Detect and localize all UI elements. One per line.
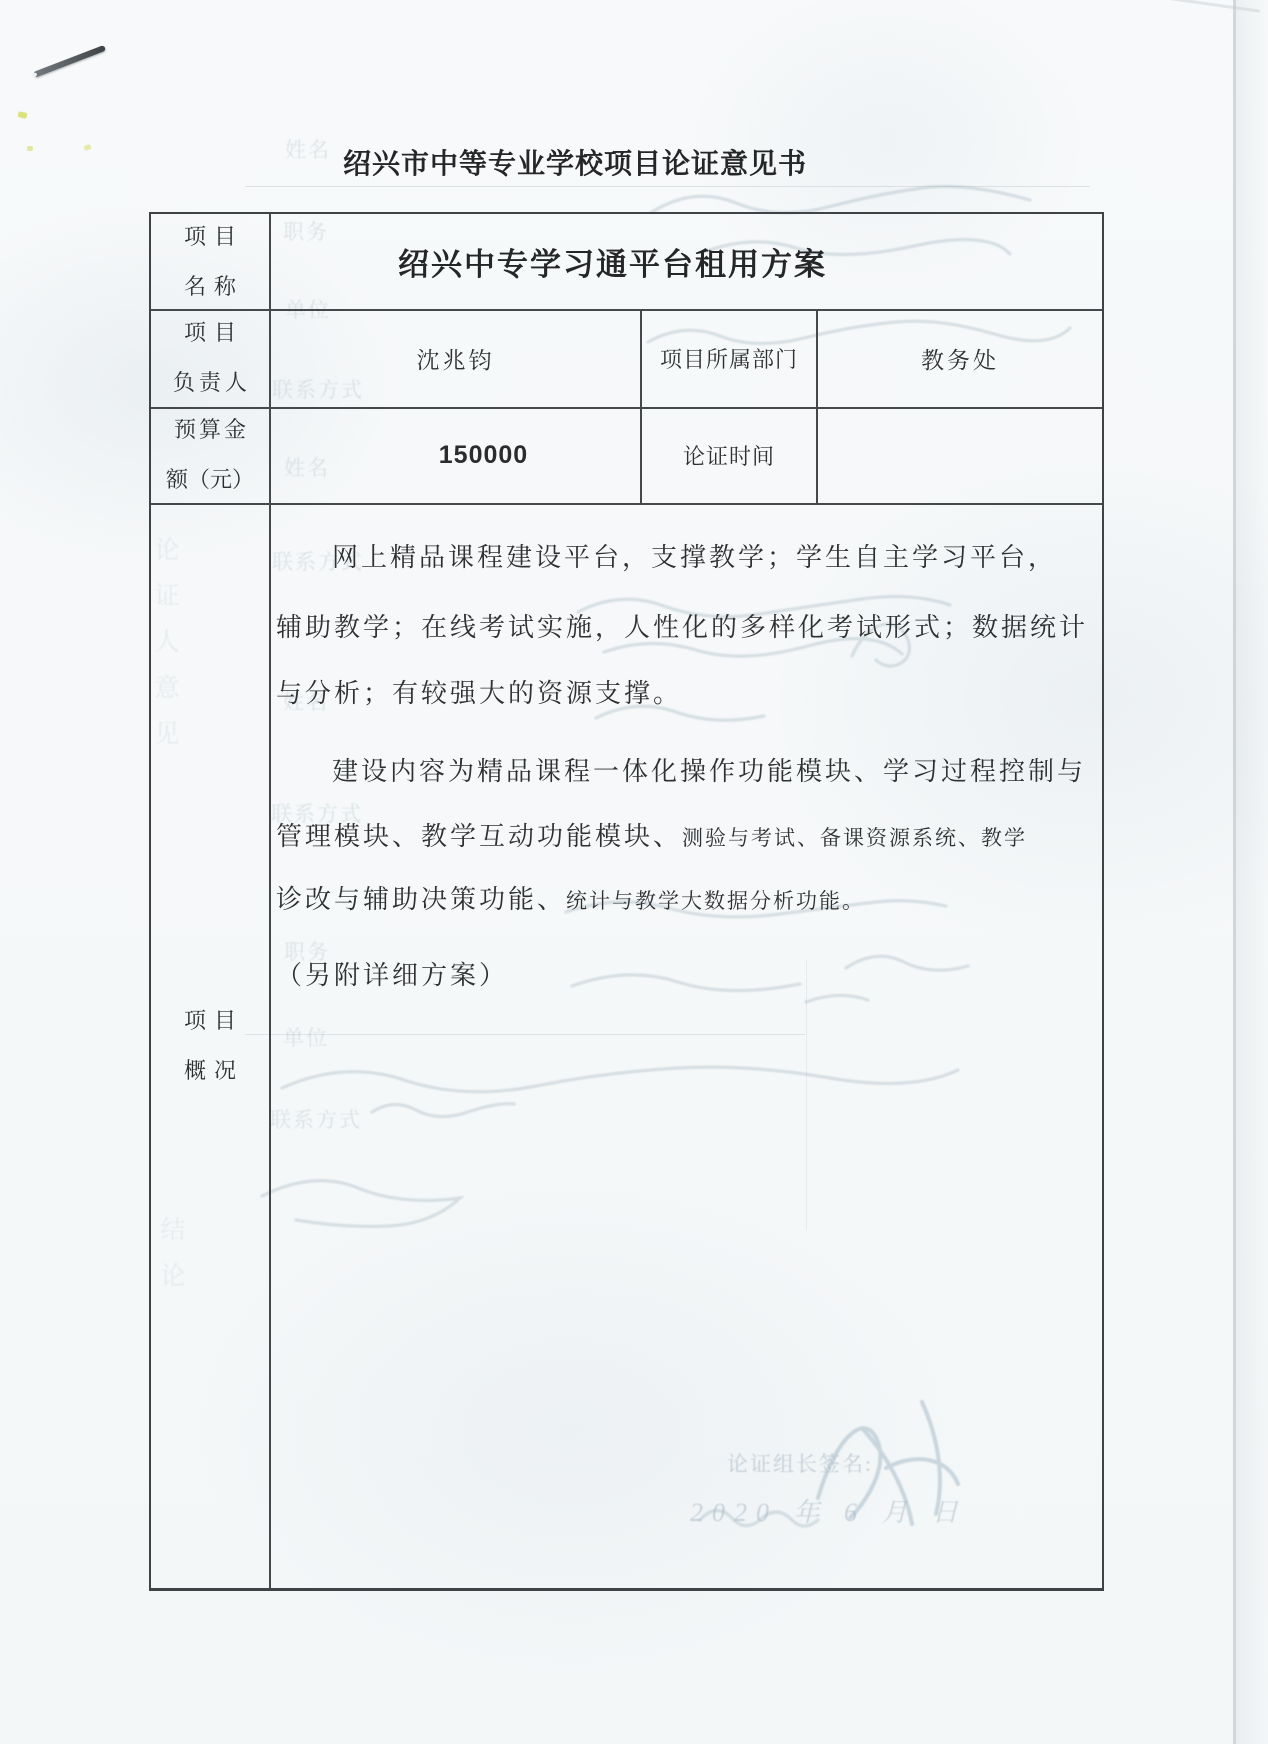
table-line [151,503,1102,505]
overview-line: 与分析；有较强大的资源支撑。 [276,673,682,710]
project-name-label: 项目 名称 [151,214,269,309]
budget-label: 预算金 额（元） [151,407,269,503]
overview-line: 管理模块、教学互动功能模块、测验与考试、备课资源系统、教学 [276,816,1027,853]
overview-line: 网上精品课程建设平台，支撑教学；学生自主学习平台， [332,537,1057,574]
review-time-label: 论证时间 [642,407,816,503]
overview-line: 建设内容为精品课程一体化操作功能模块、学习过程控制与 [332,751,1086,788]
budget-value: 150000 [271,407,640,503]
scanned-page: 姓名 职务 单位 联系方式 姓名 联系方式 姓名 联系方式 职务 单位 联系方式… [0,0,1268,1744]
overview-label: 项目 概况 [151,503,269,1589]
project-leader-label: 项目 负责人 [151,309,269,407]
document-title: 绍兴市中等专业学校项目论证意见书 [150,142,1000,182]
department-value: 教务处 [818,309,1102,407]
department-label: 项目所属部门 [642,309,816,407]
overview-line: 诊改与辅助决策功能、统计与教学大数据分析功能。 [276,879,865,916]
project-leader-value: 沈兆钧 [271,309,640,407]
attachment-note: （另附详细方案） [276,955,508,992]
form-table: 项目 名称 绍兴中专学习通平台租用方案 项目 负责人 沈兆钧 项目所属部门 教务… [149,212,1104,1591]
overview-line: 辅助教学；在线考试实施，人性化的多样化考试形式；数据统计 [276,607,1088,644]
review-time-value [818,407,1102,503]
project-name-value: 绍兴中专学习通平台租用方案 [271,214,1102,309]
